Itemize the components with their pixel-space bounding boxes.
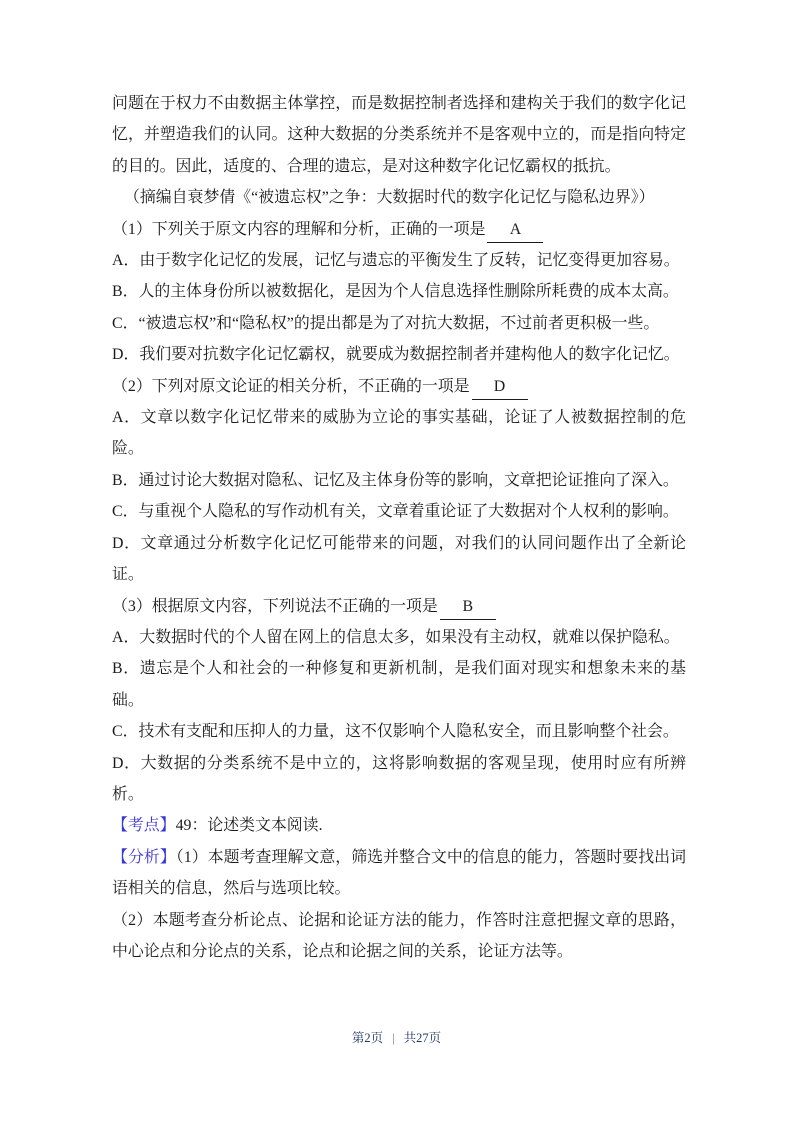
footer-separator: | (392, 1031, 395, 1045)
analysis-line-1: 【分析】（1）本题考查理解文意，筛选并整合文中的信息的能力，答题时要找出词语相关… (112, 842, 686, 905)
question-2-stem-text: （2）下列对原文论证的相关分析，不正确的一项是 (112, 378, 470, 395)
analysis-item-1: （1）本题考查理解文意，筛选并整合文中的信息的能力，答题时要找出词语相关的信息，… (112, 849, 686, 897)
analysis-line-2: （2）本题考查分析论点、论据和论证方法的能力，作答时注意把握文章的思路，中心论点… (112, 905, 686, 968)
question-3-option-a: A．大数据时代的个人留在网上的信息太多，如果没有主动权，就难以保护隐私。 (112, 622, 686, 653)
footer-total-pages: 共27页 (404, 1031, 442, 1045)
answer-value-3: B (462, 598, 473, 615)
answer-blank-1: A (487, 218, 543, 243)
question-3-option-d: D．大数据的分类系统不是中立的，这将影响数据的客观呈现，使用时应有所辨析。 (112, 748, 686, 811)
question-1-option-d: D．我们要对抗数字化记忆霸权，就要成为数据控制者并建构他人的数字化记忆。 (112, 339, 686, 370)
answer-blank-2: D (472, 375, 528, 400)
question-1-stem-text: （1）下列关于原文内容的理解和分析，正确的一项是 (112, 221, 485, 238)
document-page: 问题在于权力不由数据主体掌控，而是数据控制者选择和建构关于我们的数字化记忆，并塑… (0, 0, 793, 1122)
answer-blank-3: B (440, 595, 496, 620)
page-content: 问题在于权力不由数据主体掌控，而是数据控制者选择和建构关于我们的数字化记忆，并塑… (112, 88, 686, 967)
question-2-option-a: A．文章以数字化记忆带来的威胁为立论的事实基础，论证了人被数据控制的危险。 (112, 402, 686, 465)
question-2-stem: （2）下列对原文论证的相关分析，不正确的一项是D (112, 371, 686, 402)
question-1-stem: （1）下列关于原文内容的理解和分析，正确的一项是A (112, 214, 686, 245)
question-1-option-c: C．“被遗忘权”和“隐私权”的提出都是为了对抗大数据，不过前者更积极一些。 (112, 308, 686, 339)
question-3-stem: （3）根据原文内容，下列说法不正确的一项是B (112, 591, 686, 622)
question-1-option-a: A．由于数字化记忆的发展，记忆与遗忘的平衡发生了反转，记忆变得更加容易。 (112, 245, 686, 276)
exam-point-line: 【考点】49：论述类文本阅读. (112, 810, 686, 841)
question-3-stem-text: （3）根据原文内容，下列说法不正确的一项是 (112, 598, 438, 615)
question-3-option-b: B．遗忘是个人和社会的一种修复和更新机制，是我们面对现实和想象未来的基础。 (112, 653, 686, 716)
page-footer: 第2页|共27页 (0, 1028, 793, 1046)
question-1-option-b: B．人的主体身份所以被数据化，是因为个人信息选择性删除所耗费的成本太高。 (112, 276, 686, 307)
question-2-option-d: D．文章通过分析数字化记忆可能带来的问题，对我们的认同问题作出了全新论证。 (112, 528, 686, 591)
analysis-label: 【分析】 (112, 849, 176, 866)
answer-value-1: A (510, 221, 521, 238)
question-3-option-c: C．技术有支配和压抑人的力量，这不仅影响个人隐私安全，而且影响整个社会。 (112, 716, 686, 747)
exam-point-label: 【考点】 (112, 817, 176, 834)
question-2-option-c: C．与重视个人隐私的写作动机有关，文章着重论证了大数据对个人权利的影响。 (112, 496, 686, 527)
source-attribution: （摘编自衰梦倩《“被遗忘权”之争：大数据时代的数字化记忆与隐私边界》） (112, 182, 686, 213)
answer-value-2: D (494, 378, 505, 395)
question-2-option-b: B．通过讨论大数据对隐私、记忆及主体身份等的影响，文章把论证推向了深入。 (112, 465, 686, 496)
passage-paragraph: 问题在于权力不由数据主体掌控，而是数据控制者选择和建构关于我们的数字化记忆，并塑… (112, 88, 686, 182)
exam-point-text: 49：论述类文本阅读. (176, 817, 323, 834)
footer-page-number: 第2页 (352, 1031, 383, 1045)
